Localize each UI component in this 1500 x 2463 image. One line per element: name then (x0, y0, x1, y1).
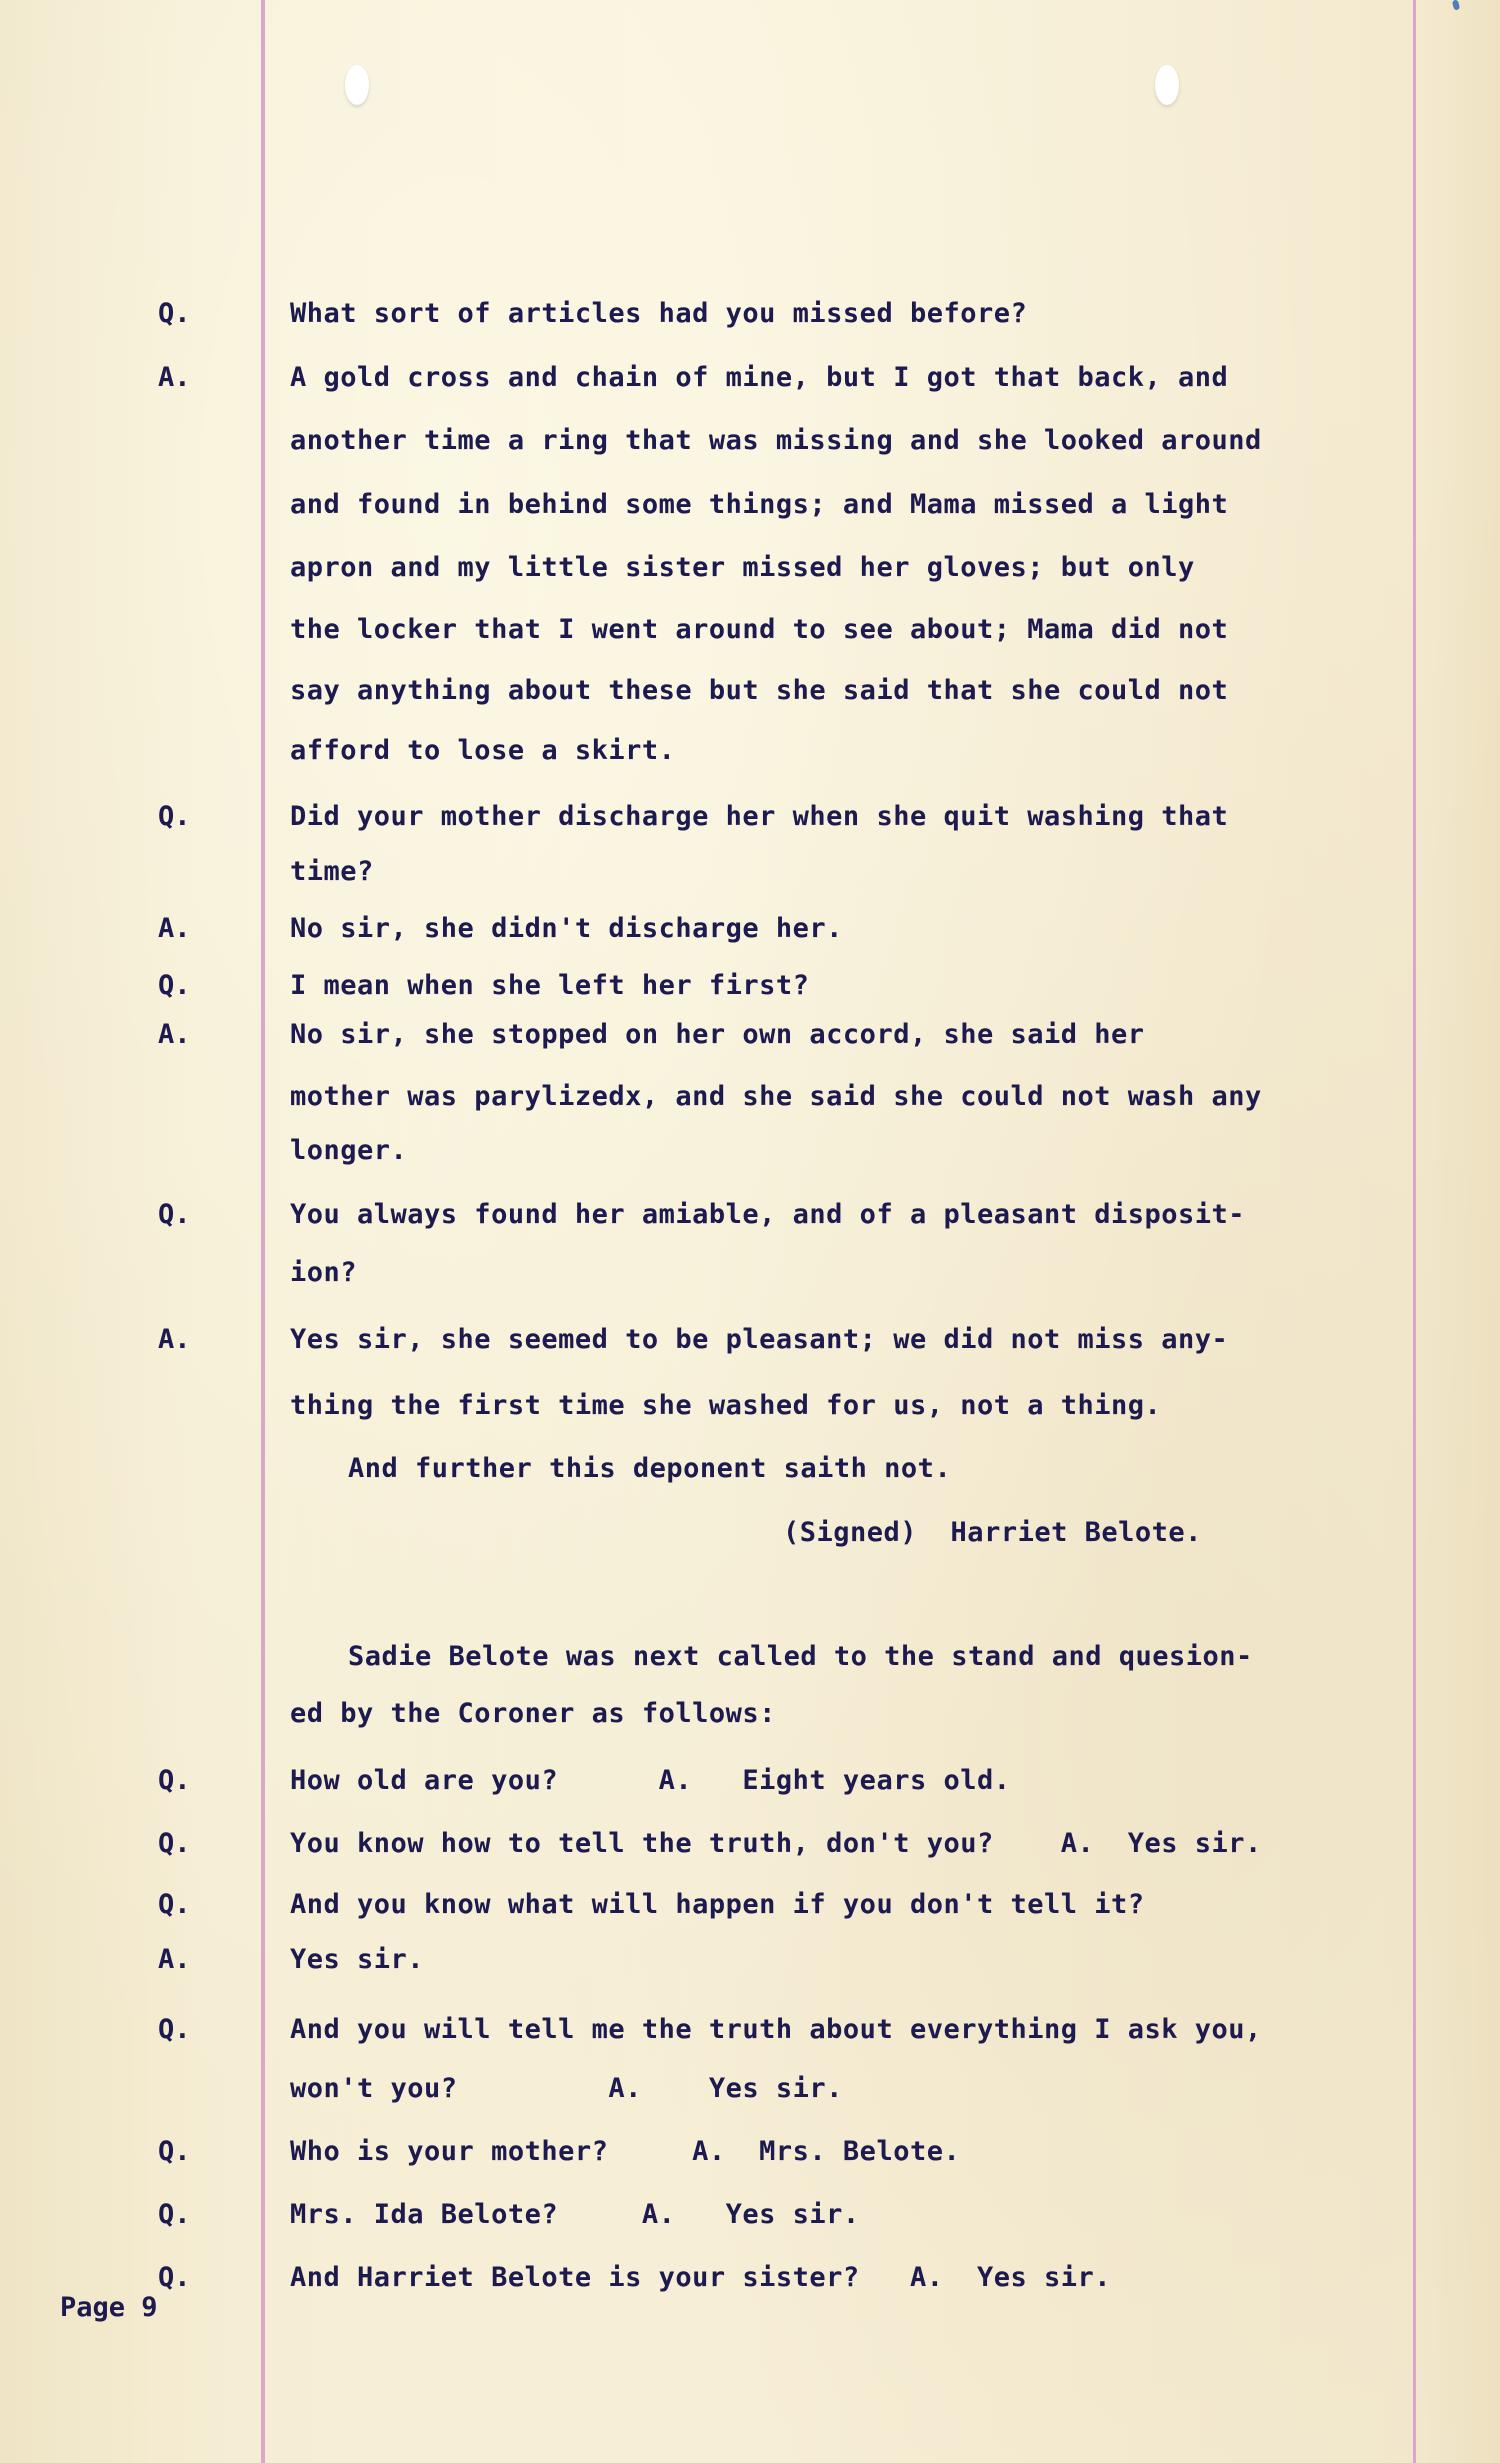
transcript-line: And you know what will happen if you don… (290, 1891, 1145, 1918)
question-label: Q. (158, 972, 191, 999)
question-label: Q. (158, 1201, 191, 1228)
transcript-line: Yes sir. (290, 1946, 424, 1973)
question-label: Q. (158, 1767, 191, 1794)
transcript-line: No sir, she stopped on her own accord, s… (290, 1021, 1145, 1048)
answer-label: A. (158, 1021, 191, 1048)
transcript-line: And you will tell me the truth about eve… (290, 2016, 1262, 2043)
transcript-line: How old are you? A. Eight years old. (290, 1767, 1010, 1794)
transcript-line: What sort of articles had you missed bef… (290, 300, 1027, 327)
question-label: Q. (158, 2138, 191, 2165)
transcript-line: afford to lose a skirt. (290, 737, 675, 764)
transcript-line: I mean when she left her first? (290, 972, 809, 999)
transcript-line: apron and my little sister missed her gl… (290, 554, 1195, 581)
transcript-line: thing the first time she washed for us, … (290, 1392, 1161, 1419)
question-label: Q. (158, 2264, 191, 2291)
transcript-line: You always found her amiable, and of a p… (290, 1201, 1245, 1228)
punch-hole-left (345, 65, 369, 105)
signature-line: (Signed) Harriet Belote. (783, 1519, 1202, 1546)
right-margin-rule (1413, 0, 1416, 2463)
transcript-line: No sir, she didn't discharge her. (290, 915, 843, 942)
transcript-line: ed by the Coroner as follows: (290, 1700, 776, 1727)
answer-label: A. (158, 1946, 191, 1973)
transcript-line: mother was parylizedx, and she said she … (290, 1083, 1262, 1110)
transcript-line: And further this deponent saith not. (348, 1455, 951, 1482)
question-label: Q. (158, 1891, 191, 1918)
question-label: Q. (158, 2016, 191, 2043)
answer-label: A. (158, 915, 191, 942)
transcript-line: another time a ring that was missing and… (290, 427, 1262, 454)
transcript-line: time? (290, 858, 374, 885)
page-number: Page 9 (60, 2294, 158, 2321)
transcript-line: A gold cross and chain of mine, but I go… (290, 364, 1228, 391)
transcript-line: Sadie Belote was next called to the stan… (348, 1643, 1253, 1670)
ink-mark (1452, 0, 1460, 11)
question-label: Q. (158, 803, 191, 830)
question-label: Q. (158, 2201, 191, 2228)
punch-hole-right (1155, 65, 1179, 105)
transcript-line: Who is your mother? A. Mrs. Belote. (290, 2138, 960, 2165)
transcript-line: longer. (290, 1137, 407, 1164)
transcript-line: and found in behind some things; and Mam… (290, 491, 1228, 518)
transcript-line: And Harriet Belote is your sister? A. Ye… (290, 2264, 1111, 2291)
transcript-line: Mrs. Ida Belote? A. Yes sir. (290, 2201, 860, 2228)
transcript-line: the locker that I went around to see abo… (290, 616, 1228, 643)
question-label: Q. (158, 1830, 191, 1857)
transcript-line: Did your mother discharge her when she q… (290, 803, 1228, 830)
answer-label: A. (158, 1326, 191, 1353)
transcript-line: ion? (290, 1259, 357, 1286)
answer-label: A. (158, 364, 191, 391)
question-label: Q. (158, 300, 191, 327)
transcript-line: Yes sir, she seemed to be pleasant; we d… (290, 1326, 1228, 1353)
left-margin-rule (261, 0, 265, 2463)
transcript-line: say anything about these but she said th… (290, 677, 1228, 704)
transcript-line: You know how to tell the truth, don't yo… (290, 1830, 1262, 1857)
transcript-line: won't you? A. Yes sir. (290, 2075, 843, 2102)
